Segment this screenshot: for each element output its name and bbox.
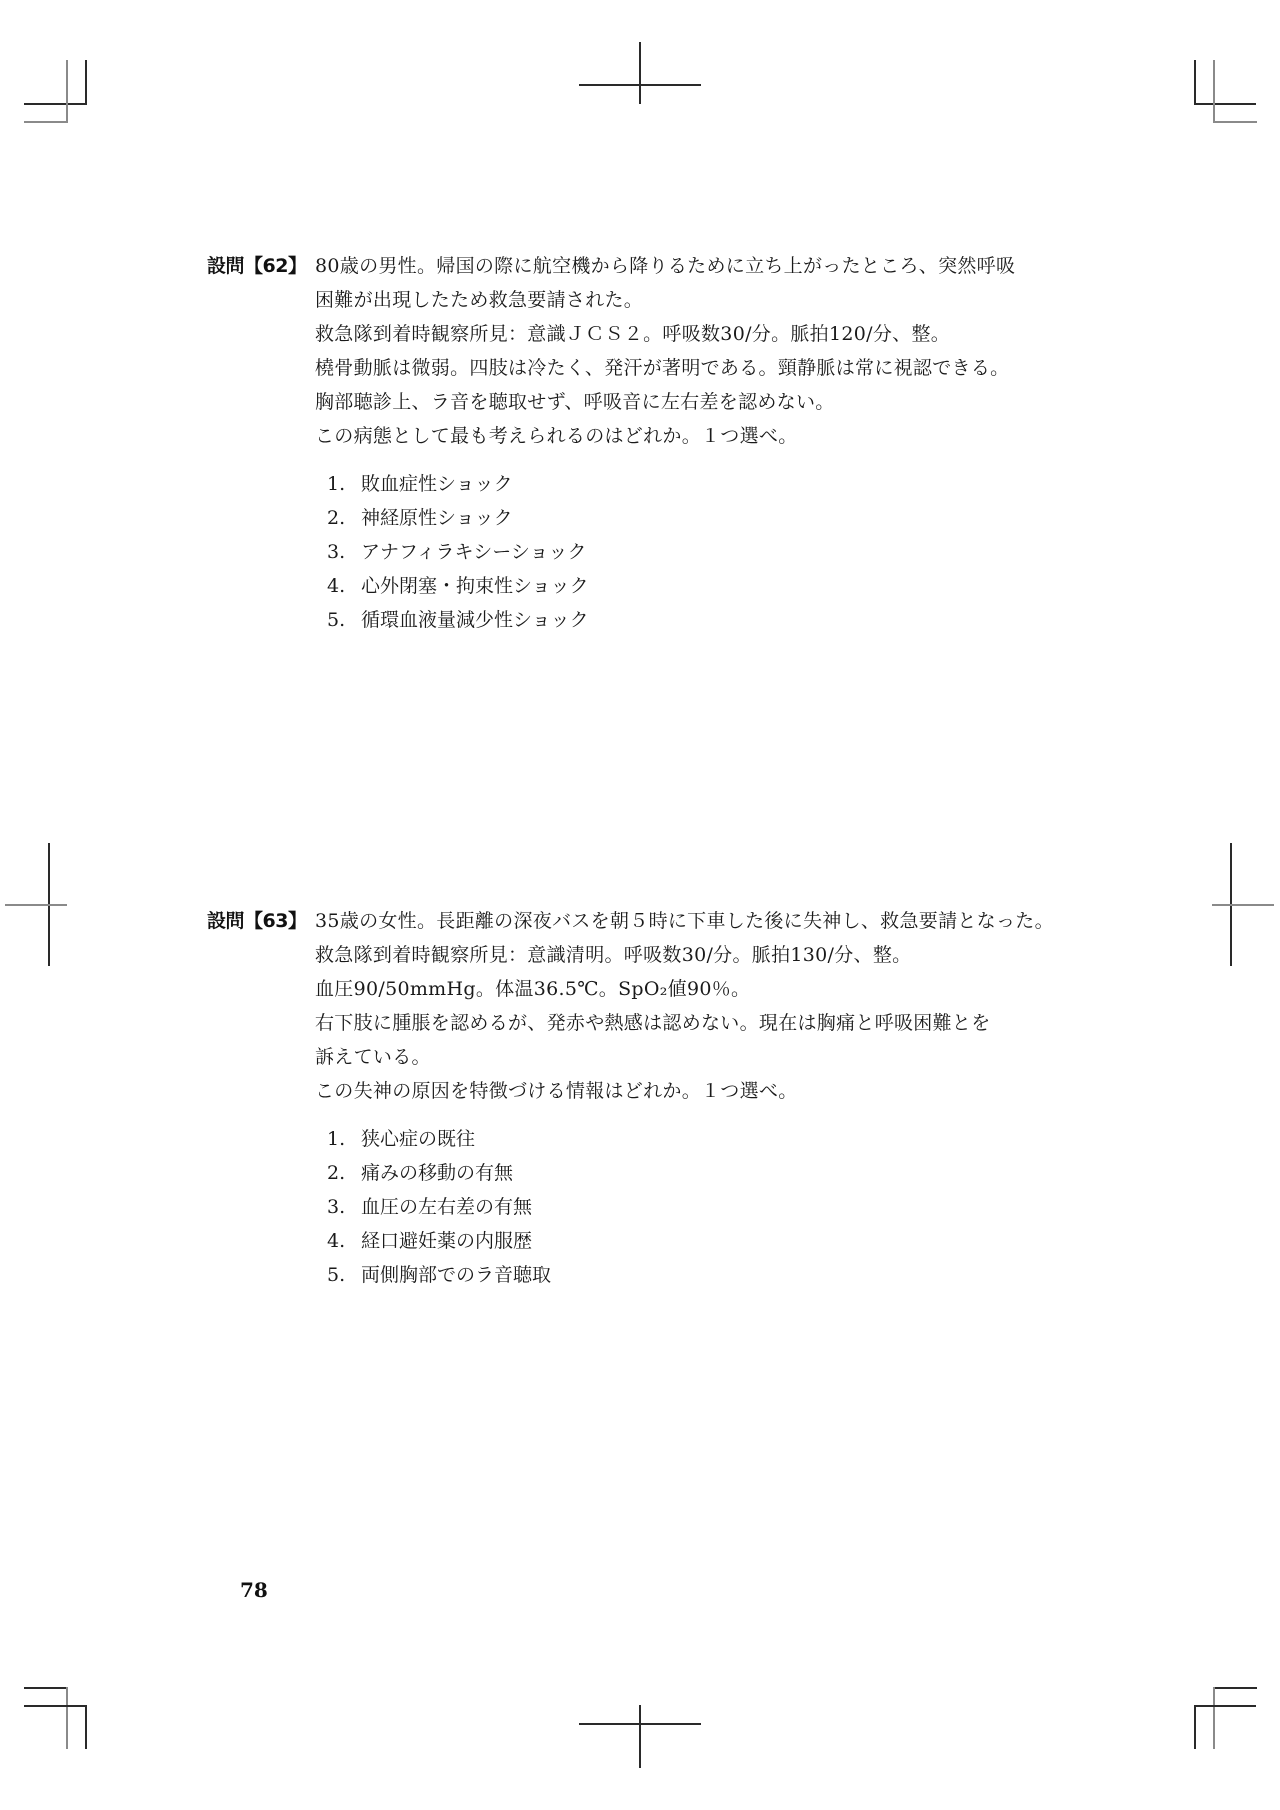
choice-number: 3. xyxy=(327,535,361,569)
crop-mark-bottom-right xyxy=(1194,1705,1196,1749)
crop-mark-bottom-left xyxy=(24,1687,68,1689)
question-text-line: 35歳の女性。長距離の深夜バスを朝５時に下車した後に失神し、救急要請となった。 xyxy=(315,904,1095,938)
page-number: 78 xyxy=(240,1578,268,1602)
choice-text: 心外閉塞・拘束性ショック xyxy=(361,569,589,603)
question-text-line: 救急隊到着時観察所見：意識清明。呼吸数30/分。脈拍130/分、整。 xyxy=(315,938,1095,972)
question-body: 35歳の女性。長距離の深夜バスを朝５時に下車した後に失神し、救急要請となった。 … xyxy=(315,904,1095,1292)
choice-list: 1. 狭心症の既往 2. 痛みの移動の有無 3. 血圧の左右差の有無 4. 経口… xyxy=(315,1122,1095,1292)
crop-mark-bottom-right xyxy=(1213,1687,1257,1689)
choice-item: 1. 狭心症の既往 xyxy=(327,1122,1095,1156)
crop-mark-bottom-left xyxy=(66,1687,68,1749)
question-text-line: 訴えている。 xyxy=(315,1040,1095,1074)
choice-text: 痛みの移動の有無 xyxy=(361,1156,513,1190)
choice-item: 5. 循環血液量減少性ショック xyxy=(327,603,1095,637)
choice-text: 神経原性ショック xyxy=(361,501,513,535)
choice-number: 1. xyxy=(327,467,361,501)
choice-item: 4. 心外閉塞・拘束性ショック xyxy=(327,569,1095,603)
choice-number: 2. xyxy=(327,501,361,535)
crop-mark-top-left xyxy=(85,60,87,105)
choice-number: 4. xyxy=(327,1224,361,1258)
crop-mark-top-right xyxy=(1194,103,1256,105)
crop-mark-top-right xyxy=(1194,60,1196,105)
question-prompt: この失神の原因を特徴づける情報はどれか。１つ選べ。 xyxy=(315,1074,1095,1108)
crop-mark-top-right xyxy=(1213,121,1257,123)
registration-mark-left xyxy=(5,904,67,906)
choice-list: 1. 敗血症性ショック 2. 神経原性ショック 3. アナフィラキシーショック … xyxy=(315,467,1095,637)
crop-mark-top-right xyxy=(1213,60,1215,122)
question-text-line: 血圧90/50mmHg。体温36.5℃。SpO₂値90％。 xyxy=(315,972,1095,1006)
crop-mark-bottom-left xyxy=(85,1705,87,1749)
registration-mark-top xyxy=(639,42,641,104)
choice-number: 3. xyxy=(327,1190,361,1224)
question-label: 設問【63】 xyxy=(207,904,306,938)
question-text-line: 救急隊到着時観察所見：意識ＪＣＳ２。呼吸数30/分。脈拍120/分、整。 xyxy=(315,317,1095,351)
choice-text: 循環血液量減少性ショック xyxy=(361,603,589,637)
choice-item: 2. 神経原性ショック xyxy=(327,501,1095,535)
choice-item: 1. 敗血症性ショック xyxy=(327,467,1095,501)
choice-number: 2. xyxy=(327,1156,361,1190)
choice-text: 血圧の左右差の有無 xyxy=(361,1190,532,1224)
registration-mark-right xyxy=(1212,904,1274,906)
choice-number: 4. xyxy=(327,569,361,603)
question-text-line: 橈骨動脈は微弱。四肢は冷たく、発汗が著明である。頸静脈は常に視認できる。 xyxy=(315,351,1095,385)
question-label: 設問【62】 xyxy=(207,249,306,283)
choice-text: 経口避妊薬の内服歴 xyxy=(361,1224,532,1258)
question-text-line: 困難が出現したため救急要請された。 xyxy=(315,283,1095,317)
question-text-line: 胸部聴診上、ラ音を聴取せず、呼吸音に左右差を認めない。 xyxy=(315,385,1095,419)
choice-number: 5. xyxy=(327,1258,361,1292)
question-text-line: 80歳の男性。帰国の際に航空機から降りるために立ち上がったところ、突然呼吸 xyxy=(315,249,1095,283)
question-text-line: 右下肢に腫脹を認めるが、発赤や熱感は認めない。現在は胸痛と呼吸困難とを xyxy=(315,1006,1095,1040)
choice-item: 3. 血圧の左右差の有無 xyxy=(327,1190,1095,1224)
choice-item: 3. アナフィラキシーショック xyxy=(327,535,1095,569)
crop-mark-bottom-right xyxy=(1194,1705,1256,1707)
choice-item: 2. 痛みの移動の有無 xyxy=(327,1156,1095,1190)
choice-text: 両側胸部でのラ音聴取 xyxy=(361,1258,551,1292)
choice-text: 狭心症の既往 xyxy=(361,1122,475,1156)
choice-item: 5. 両側胸部でのラ音聴取 xyxy=(327,1258,1095,1292)
choice-number: 5. xyxy=(327,603,361,637)
choice-item: 4. 経口避妊薬の内服歴 xyxy=(327,1224,1095,1258)
question-prompt: この病態として最も考えられるのはどれか。１つ選べ。 xyxy=(315,419,1095,453)
crop-mark-top-left xyxy=(66,60,68,122)
crop-mark-top-left xyxy=(24,121,68,123)
registration-mark-bottom xyxy=(639,1705,641,1768)
crop-mark-bottom-left xyxy=(24,1705,86,1707)
choice-number: 1. xyxy=(327,1122,361,1156)
crop-mark-top-left xyxy=(24,103,86,105)
crop-mark-bottom-right xyxy=(1213,1687,1215,1749)
question-body: 80歳の男性。帰国の際に航空機から降りるために立ち上がったところ、突然呼吸 困難… xyxy=(315,249,1095,637)
choice-text: 敗血症性ショック xyxy=(361,467,513,501)
choice-text: アナフィラキシーショック xyxy=(361,535,587,569)
